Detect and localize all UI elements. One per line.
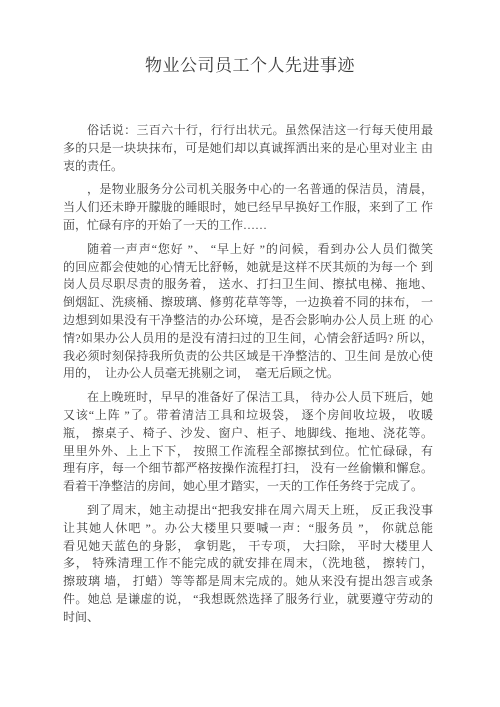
document-body: 俗话说：三百六十行，行行出状元。虽然保洁这一行每天使用最多的只是一块块抹布，可是… xyxy=(0,122,500,627)
text-line: 随着一声声“您好 ”、 “早上好 ”的问候，看到办公人员们微笑 xyxy=(63,241,433,259)
text-line: 当人们还未睁开朦胧的睡眼时，她已经早早换好工作服，来到了工 作 xyxy=(63,199,433,217)
text-line: 俗话说：三百六十行，行行出状元。虽然保洁这一行每天使用最 xyxy=(63,122,433,140)
text-line: 多的只是一块块抹布，可是她们却以真诚挥洒出来的是心里对业主 由 xyxy=(63,140,433,158)
text-line: 理有序，每一个细节都严格按操作流程打扫， 没有一丝偷懒和懈怠。 xyxy=(63,460,433,478)
paragraph: 随着一声声“您好 ”、 “早上好 ”的问候，看到办公人员们微笑的回应都会使她的心… xyxy=(63,241,433,383)
text-line: 边想到如果没有干净整洁的办公环境，是否会影响办公人员上班 的心 xyxy=(63,312,433,330)
document-page: 物业公司员工个人先进事迹 俗话说：三百六十行，行行出状元。虽然保洁这一行每天使用… xyxy=(0,0,500,707)
text-line: 又该“上阵 ”了。带着清洁工具和垃圾袋， 逐个房间收垃圾， 收暖 xyxy=(63,407,433,425)
text-line: 我必须时刻保持我所负责的公共区域是干净整洁的、卫生间 是放心使 xyxy=(63,348,433,366)
paragraph: 俗话说：三百六十行，行行出状元。虽然保洁这一行每天使用最多的只是一块块抹布，可是… xyxy=(63,122,433,175)
text-line: 擦玻璃 墙， 打蜡）等等都是周末完成的。她从来没有提出怨言或条 xyxy=(63,573,433,591)
text-line: 件。她总 是谦虚的说， “我想既然选择了服务行业，就要遵守劳动的 xyxy=(63,591,433,609)
text-line: 让其她人休吧 ”。办公大楼里只要喊一声：“服务员 ”， 你就总能 xyxy=(63,520,433,538)
text-line: 多， 特殊清理工作不能完成的就安排在周末，（洗地毯， 擦转门， xyxy=(63,555,433,573)
text-line: 瓶， 擦桌子、椅子、沙发、窗户、柜子、地脚线、拖地、浇花等。 xyxy=(63,425,433,443)
text-line: 用的， 让办公人员毫无挑剔之词， 毫无后顾之忧。 xyxy=(63,365,433,383)
text-line: 面，忙碌有序的开始了一天的工作…… xyxy=(63,217,433,235)
text-line: 衷的责任。 xyxy=(63,158,433,176)
text-line: 看见她天蓝色的身影， 拿钥匙， 干专项， 大扫除， 平时大楼里人 xyxy=(63,538,433,556)
paragraph: 到了周末，她主动提出“把我安排在周六周天上班， 反正我没事让其她人休吧 ”。办公… xyxy=(63,502,433,627)
paragraph: 在上晚班时，早早的准备好了保洁工具， 待办公人员下班后，她又该“上阵 ”了。带着… xyxy=(63,389,433,496)
text-line: 在上晚班时，早早的准备好了保洁工具， 待办公人员下班后，她 xyxy=(63,389,433,407)
text-line: 岗人员尽职尽责的服务着， 送水、打扫卫生间、擦拭电梯、拖地、 xyxy=(63,276,433,294)
document-title: 物业公司员工个人先进事迹 xyxy=(0,55,500,77)
text-line: 里里外外、上上下下， 按照工作流程全部擦拭到位。忙忙碌碌，有 xyxy=(63,443,433,461)
text-line: 倒烟缸、洗痰桶、擦玻璃、修剪花草等等，一边换着不同的抹布， 一 xyxy=(63,294,433,312)
paragraph: ，是物业服务分公司机关服务中心的一名普通的保洁员，清晨，当人们还未睁开朦胧的睡眼… xyxy=(63,181,433,234)
text-line: 到了周末，她主动提出“把我安排在周六周天上班， 反正我没事 xyxy=(63,502,433,520)
text-line: 情?如果办公人员用的是没有清扫过的卫生间，心情会舒适吗? 所以， xyxy=(63,330,433,348)
text-line: 时间、 xyxy=(63,609,433,627)
text-line: ，是物业服务分公司机关服务中心的一名普通的保洁员，清晨， xyxy=(63,181,433,199)
text-line: 看着干净整洁的房间，她心里才踏实，一天的工作任务终于完成了。 xyxy=(63,478,433,496)
text-line: 的回应都会使她的心情无比舒畅，她就是这样不厌其烦的为每一个 到 xyxy=(63,259,433,277)
